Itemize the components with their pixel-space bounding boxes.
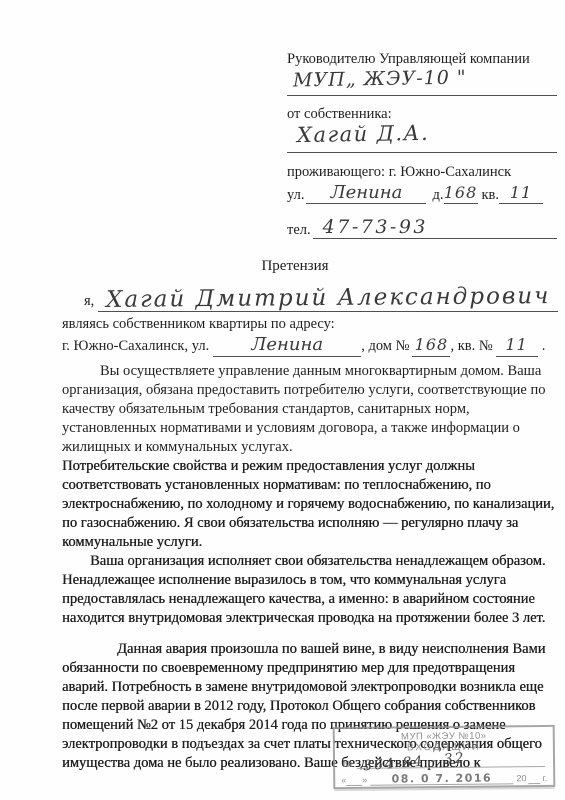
street-line: ул. Ленина д. 168 кв. 11 xyxy=(287,184,557,204)
stamp-number-handwritten-value: 364-84 - 32 xyxy=(362,750,466,774)
i-label: я, xyxy=(84,292,98,312)
stamp-date-field: 08. 0 7. 2016 xyxy=(370,771,513,785)
house-handwritten-value: 168 xyxy=(444,183,478,202)
paragraph-management-duties: Вы осуществляете управление данным много… xyxy=(62,362,558,457)
address-house-handwritten-value: 168 xyxy=(415,335,449,354)
address-city-prefix: г. Южно-Сахалинск, ул. xyxy=(62,337,209,357)
company-handwritten-value: МУП„ ЖЭУ-10 " xyxy=(293,68,467,89)
phone-handwritten-value: 47-73-93 xyxy=(323,216,428,238)
full-name-handwritten-value: Хагай Дмитрий Александрович xyxy=(106,287,551,310)
stamp-year-prefix: 20 xyxy=(516,773,526,784)
address-period: . xyxy=(542,337,546,357)
stamp-number-line: № 364-84 - 32 xyxy=(335,752,553,769)
stamp-year-suffix: г. xyxy=(542,773,547,784)
address-apt-handwritten-value: 11 xyxy=(506,335,528,354)
address-line: г. Южно-Сахалинск, ул. Ленина , дом № 16… xyxy=(62,335,558,357)
address-apt-label: , кв. № xyxy=(450,337,492,357)
address-street-handwritten-value: Ленина xyxy=(251,334,323,355)
address-house-field: 168 xyxy=(412,335,450,357)
scanned-complaint-document: Руководителю Управляющей компании МУП„ Ж… xyxy=(0,0,565,800)
paragraph-consumer-properties: Потребительские свойства и режим предост… xyxy=(62,457,558,552)
ownership-line: являясь собственником квартиры по адресу… xyxy=(62,315,558,334)
stamp-day-blank xyxy=(346,785,362,786)
stamp-number-field: 364-84 - 32 xyxy=(357,751,546,769)
street-field: Ленина xyxy=(306,184,426,204)
paragraph-improper-performance: Ваша организация исполняет свои обязател… xyxy=(62,552,558,628)
phone-field: 47-73-93 xyxy=(313,218,557,239)
house-label: д. xyxy=(432,186,443,204)
house-field: 168 xyxy=(444,184,478,204)
stamp-date-value: 08. 0 7. 2016 xyxy=(392,771,493,785)
document-title: Претензия xyxy=(62,257,528,276)
street-label: ул. xyxy=(287,186,304,204)
stamp-number-label: № xyxy=(343,759,353,769)
apt-field: 11 xyxy=(499,184,543,204)
apt-handwritten-value: 11 xyxy=(510,183,532,202)
letter-body: Претензия я, Хагай Дмитрий Александрович… xyxy=(62,257,558,773)
owner-name-field: Хагай Д.А. xyxy=(287,125,557,153)
recipient-block: Руководителю Управляющей компании МУП„ Ж… xyxy=(287,50,557,239)
street-handwritten-value: Ленина xyxy=(331,182,403,203)
declarant-line: я, Хагай Дмитрий Александрович xyxy=(62,283,558,312)
phone-line: тел. 47-73-93 xyxy=(287,218,557,239)
address-street-field: Ленина xyxy=(213,335,361,357)
address-house-label: , дом № xyxy=(361,337,409,357)
full-name-field: Хагай Дмитрий Александрович xyxy=(98,289,558,312)
owner-handwritten-value: Хагай Д.А. xyxy=(297,124,429,144)
incoming-stamp: МУП «ЖЭУ №10» ВХОДЯЩИЙ № 364-84 - 32 « »… xyxy=(333,725,556,789)
apt-label: кв. xyxy=(482,186,500,204)
address-apt-field: 11 xyxy=(496,335,538,357)
residing-line: проживающего: г. Южно-Сахалинск xyxy=(287,163,557,181)
company-field: МУП„ ЖЭУ-10 " xyxy=(287,70,557,96)
phone-label: тел. xyxy=(287,221,311,239)
recipient-line: Руководителю Управляющей компании xyxy=(287,50,557,68)
stamp-year-blank xyxy=(529,783,541,784)
stamp-quote-close: » xyxy=(362,775,367,786)
